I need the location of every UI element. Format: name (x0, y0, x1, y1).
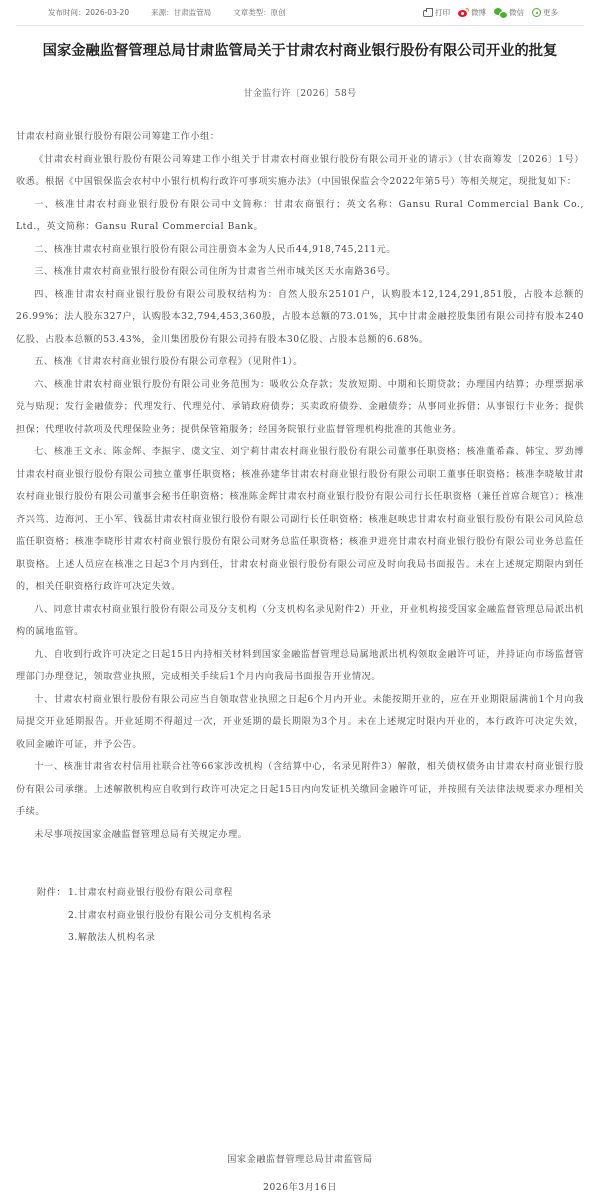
issuing-authority: 国家金融监督管理总局甘肃监管局 (0, 1152, 600, 1165)
paragraph-5: 五、核准《甘肃农村商业银行股份有限公司章程》（见附件1）。 (16, 351, 584, 374)
attachment-3[interactable]: 3.解散法人机构名录 (37, 927, 584, 950)
print-label: 打印 (435, 7, 450, 18)
article-meta: 发布时间：2026-03-20 来源：甘肃监管局 文章类型：原创 (16, 7, 308, 18)
publish-time: 发布时间：2026-03-20 (48, 7, 129, 18)
paragraph-intro: 《甘肃农村商业银行股份有限公司筹建工作小组关于甘肃农村商业银行股份有限公司开业的… (16, 149, 584, 194)
attachments: 附件： 1.甘肃农村商业银行股份有限公司章程 2.甘肃农村商业银行股份有限公司分… (16, 882, 584, 950)
more-share-button[interactable]: 更多 (532, 7, 558, 18)
weibo-label: 微博 (471, 7, 486, 18)
paragraph-11: 十一、核准甘肃省农村信用社联合社等66家涉改机构（含结算中心，名录见附件3）解散… (16, 756, 584, 824)
weibo-icon (458, 8, 469, 17)
article-type: 文章类型：原创 (233, 7, 286, 18)
article-body: 甘肃农村商业银行股份有限公司筹建工作小组： 《甘肃农村商业银行股份有限公司筹建工… (16, 126, 584, 950)
article-title: 国家金融监督管理总局甘肃监管局关于甘肃农村商业银行股份有限公司开业的批复 (0, 40, 600, 60)
wechat-label: 微信 (509, 7, 524, 18)
document-number: 甘金监行许〔2026〕58号 (0, 86, 600, 99)
issue-date: 2026年3月16日 (0, 1180, 600, 1193)
addressee: 甘肃农村商业银行股份有限公司筹建工作小组： (16, 126, 584, 149)
attachment-2[interactable]: 2.甘肃农村商业银行股份有限公司分支机构名录 (37, 905, 584, 928)
paragraph-10: 十、甘肃农村商业银行股份有限公司应当自领取营业执照之日起6个月内开业。未能按期开… (16, 689, 584, 757)
printer-icon (423, 10, 433, 17)
paragraph-1: 一、核准甘肃农村商业银行股份有限公司中文简称：甘肃农商银行；英文名称：Gansu… (16, 194, 584, 239)
wechat-share-button[interactable]: 微信 (494, 7, 524, 18)
paragraph-6: 六、核准甘肃农村商业银行股份有限公司业务范围为：吸收公众存款；发放短期、中期和长… (16, 374, 584, 442)
source: 来源：甘肃监管局 (151, 7, 211, 18)
paragraph-7: 七、核准王文永、陈金辉、李振宇、虞文宝、刘宁莉甘肃农村商业银行股份有限公司董事任… (16, 441, 584, 599)
wechat-icon (494, 8, 507, 17)
weibo-share-button[interactable]: 微博 (458, 7, 486, 18)
print-button[interactable]: 打印 (423, 7, 450, 18)
paragraph-2: 二、核准甘肃农村商业银行股份有限公司注册资本金为人民币44,918,745,21… (16, 239, 584, 262)
attachment-row: 附件： 1.甘肃农村商业银行股份有限公司章程 (37, 882, 584, 905)
plus-circle-icon (532, 8, 541, 17)
attachments-label: 附件： (37, 882, 68, 905)
paragraph-closing: 未尽事项按国家金融监督管理总局有关规定办理。 (16, 824, 584, 847)
paragraph-3: 三、核准甘肃农村商业银行股份有限公司住所为甘肃省兰州市城关区天水南路36号。 (16, 261, 584, 284)
paragraph-4: 四、核准甘肃农村商业银行股份有限公司股权结构为：自然人股东25101户，认购股本… (16, 284, 584, 352)
share-bar: 打印 微博 微信 更多 (423, 7, 584, 18)
spacer (16, 846, 584, 882)
article-meta-bar: 发布时间：2026-03-20 来源：甘肃监管局 文章类型：原创 打印 微博 微… (16, 0, 584, 26)
more-label: 更多 (543, 7, 558, 18)
paragraph-9: 九、自收到行政许可决定之日起15日内持相关材料到国家金融监督管理总局属地派出机构… (16, 644, 584, 689)
paragraph-8: 八、同意甘肃农村商业银行股份有限公司及分支机构（分支机构名录见附件2）开业，开业… (16, 599, 584, 644)
attachment-1[interactable]: 1.甘肃农村商业银行股份有限公司章程 (68, 882, 233, 905)
